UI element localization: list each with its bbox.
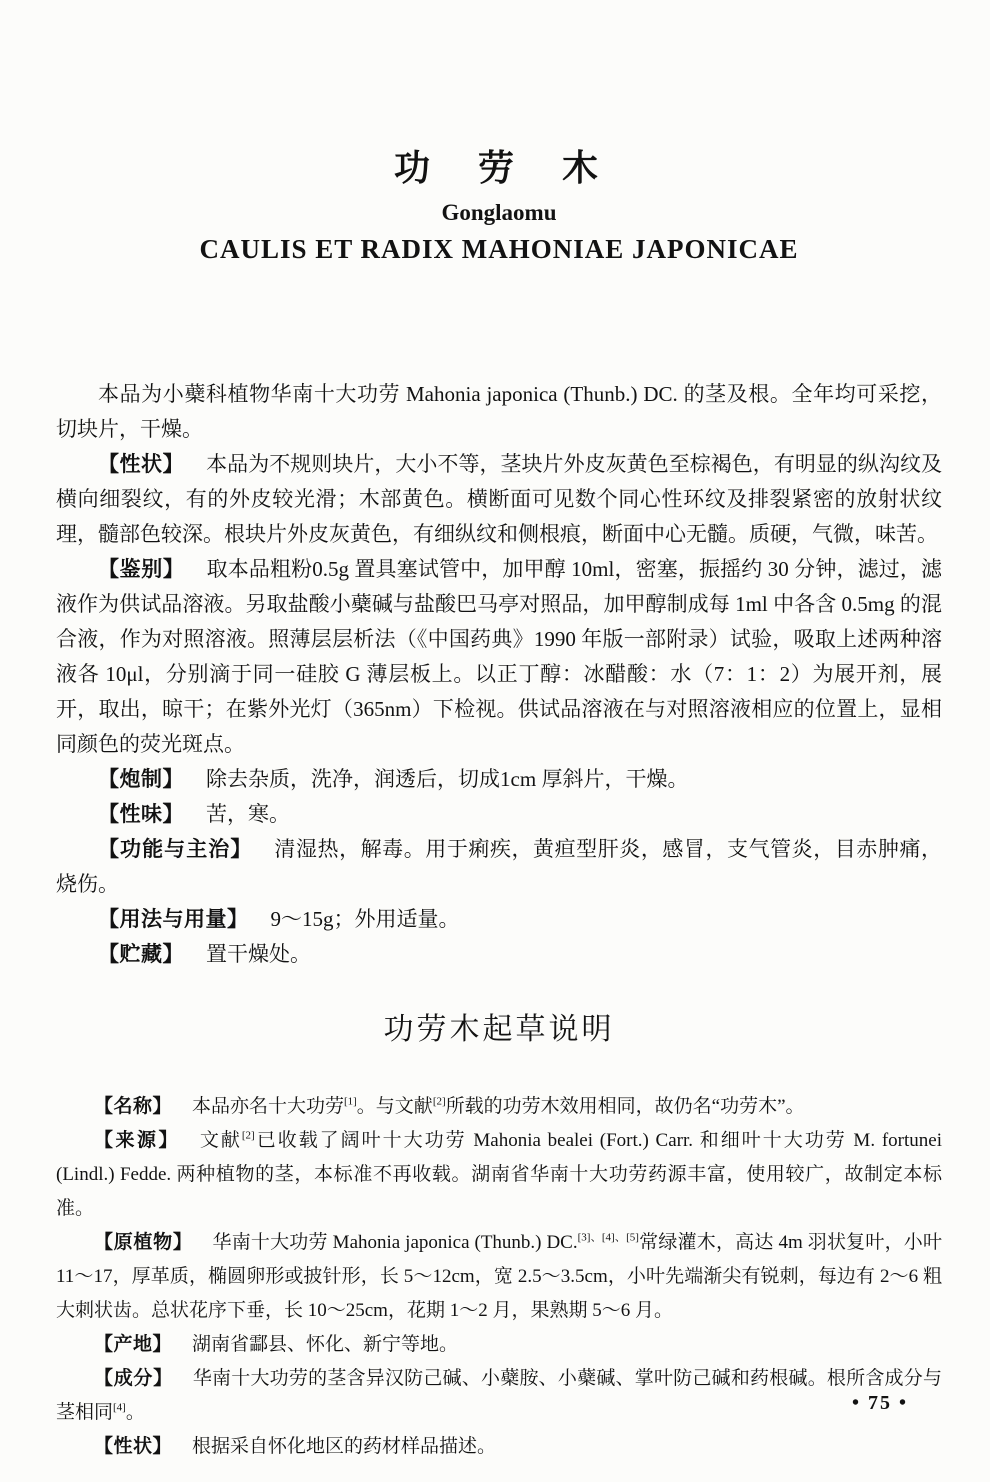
section-processing-label: 【炮制】 [98, 767, 184, 791]
section-storage: 【贮藏】置干燥处。 [56, 937, 942, 972]
note-constituents: 【成分】华南十大功劳的茎含异汉防己碱、小蘗胺、小蘗碱、掌叶防己碱和药根碱。根所含… [56, 1362, 942, 1430]
section-description-text: 本品为不规则块片，大小不等，茎块片外皮灰黄色至棕褐色，有明显的纵沟纹及横向细裂纹… [56, 452, 942, 546]
draft-notes-body: 【名称】本品亦名十大功劳[1]。与文献[2]所载的功劳木效用相同，故仍名“功劳木… [56, 1090, 942, 1464]
note-constituents-text: 华南十大功劳的茎含异汉防己碱、小蘗胺、小蘗碱、掌叶防己碱和药根碱。根所含成分与茎… [56, 1368, 942, 1423]
section-processing: 【炮制】除去杂质，洗净，润透后，切成1cm 厚斜片，干燥。 [56, 762, 942, 797]
draft-notes-heading: 功劳木起草说明 [56, 1010, 942, 1050]
intro-paragraph: 本品为小蘗科植物华南十大功劳 Mahonia japonica (Thunb.)… [56, 377, 942, 447]
note-description: 【性状】根据采自怀化地区的药材样品描述。 [56, 1430, 942, 1464]
section-dosage-text: 9～15g；外用适量。 [271, 907, 460, 931]
page-number: • 75 • [852, 1392, 908, 1415]
section-taste-label: 【性味】 [98, 802, 184, 826]
section-identification-label: 【鉴别】 [98, 557, 185, 581]
section-functions: 【功能与主治】清湿热，解毒。用于痢疾，黄疸型肝炎，感冒，支气管炎，目赤肿痛，烧伤… [56, 832, 942, 902]
monograph-body: 本品为小蘗科植物华南十大功劳 Mahonia japonica (Thunb.)… [56, 377, 942, 972]
section-storage-text: 置干燥处。 [206, 942, 311, 966]
note-name-text: 本品亦名十大功劳[1]。与文献[2]所载的功劳木效用相同，故仍名“功劳木”。 [192, 1096, 805, 1117]
monograph-header: 功 劳 木 Gonglaomu CAULIS ET RADIX MAHONIAE… [56, 150, 942, 265]
note-name: 【名称】本品亦名十大功劳[1]。与文献[2]所载的功劳木效用相同，故仍名“功劳木… [56, 1090, 942, 1124]
note-description-text: 根据采自怀化地区的药材样品描述。 [192, 1436, 496, 1457]
section-storage-label: 【贮藏】 [98, 942, 184, 966]
section-description: 【性状】本品为不规则块片，大小不等，茎块片外皮灰黄色至棕褐色，有明显的纵沟纹及横… [56, 447, 942, 552]
note-source: 【来源】文献[2]已收载了阔叶十大功劳 Mahonia bealei (Fort… [56, 1124, 942, 1226]
title-pinyin: Gonglaomu [56, 200, 942, 225]
title-latin: CAULIS ET RADIX MAHONIAE JAPONICAE [56, 235, 942, 265]
section-taste: 【性味】苦，寒。 [56, 797, 942, 832]
section-description-label: 【性状】 [98, 452, 184, 476]
note-source-text: 文献[2]已收载了阔叶十大功劳 Mahonia bealei (Fort.) C… [56, 1130, 942, 1219]
section-processing-text: 除去杂质，洗净，润透后，切成1cm 厚斜片，干燥。 [206, 767, 688, 791]
section-functions-label: 【功能与主治】 [98, 837, 252, 861]
note-origin-label: 【产地】 [94, 1334, 172, 1355]
note-original-plant-label: 【原植物】 [94, 1232, 193, 1253]
section-identification-text: 取本品粗粉0.5g 置具塞试管中，加甲醇 10ml，密塞，振摇约 30 分钟，滤… [56, 557, 942, 756]
note-origin-text: 湖南省酃县、怀化、新宁等地。 [192, 1334, 458, 1355]
document-page: 功 劳 木 Gonglaomu CAULIS ET RADIX MAHONIAE… [0, 0, 990, 1482]
section-taste-text: 苦，寒。 [206, 802, 290, 826]
note-constituents-label: 【成分】 [94, 1368, 173, 1389]
section-dosage-label: 【用法与用量】 [98, 907, 249, 931]
note-original-plant: 【原植物】华南十大功劳 Mahonia japonica (Thunb.) DC… [56, 1226, 942, 1328]
note-origin: 【产地】湖南省酃县、怀化、新宁等地。 [56, 1328, 942, 1362]
note-description-label: 【性状】 [94, 1436, 172, 1457]
note-name-label: 【名称】 [94, 1096, 172, 1117]
title-chinese: 功 劳 木 [56, 150, 942, 186]
section-dosage: 【用法与用量】9～15g；外用适量。 [56, 902, 942, 937]
section-identification: 【鉴别】取本品粗粉0.5g 置具塞试管中，加甲醇 10ml，密塞，振摇约 30 … [56, 552, 942, 762]
note-source-label: 【来源】 [94, 1130, 180, 1151]
